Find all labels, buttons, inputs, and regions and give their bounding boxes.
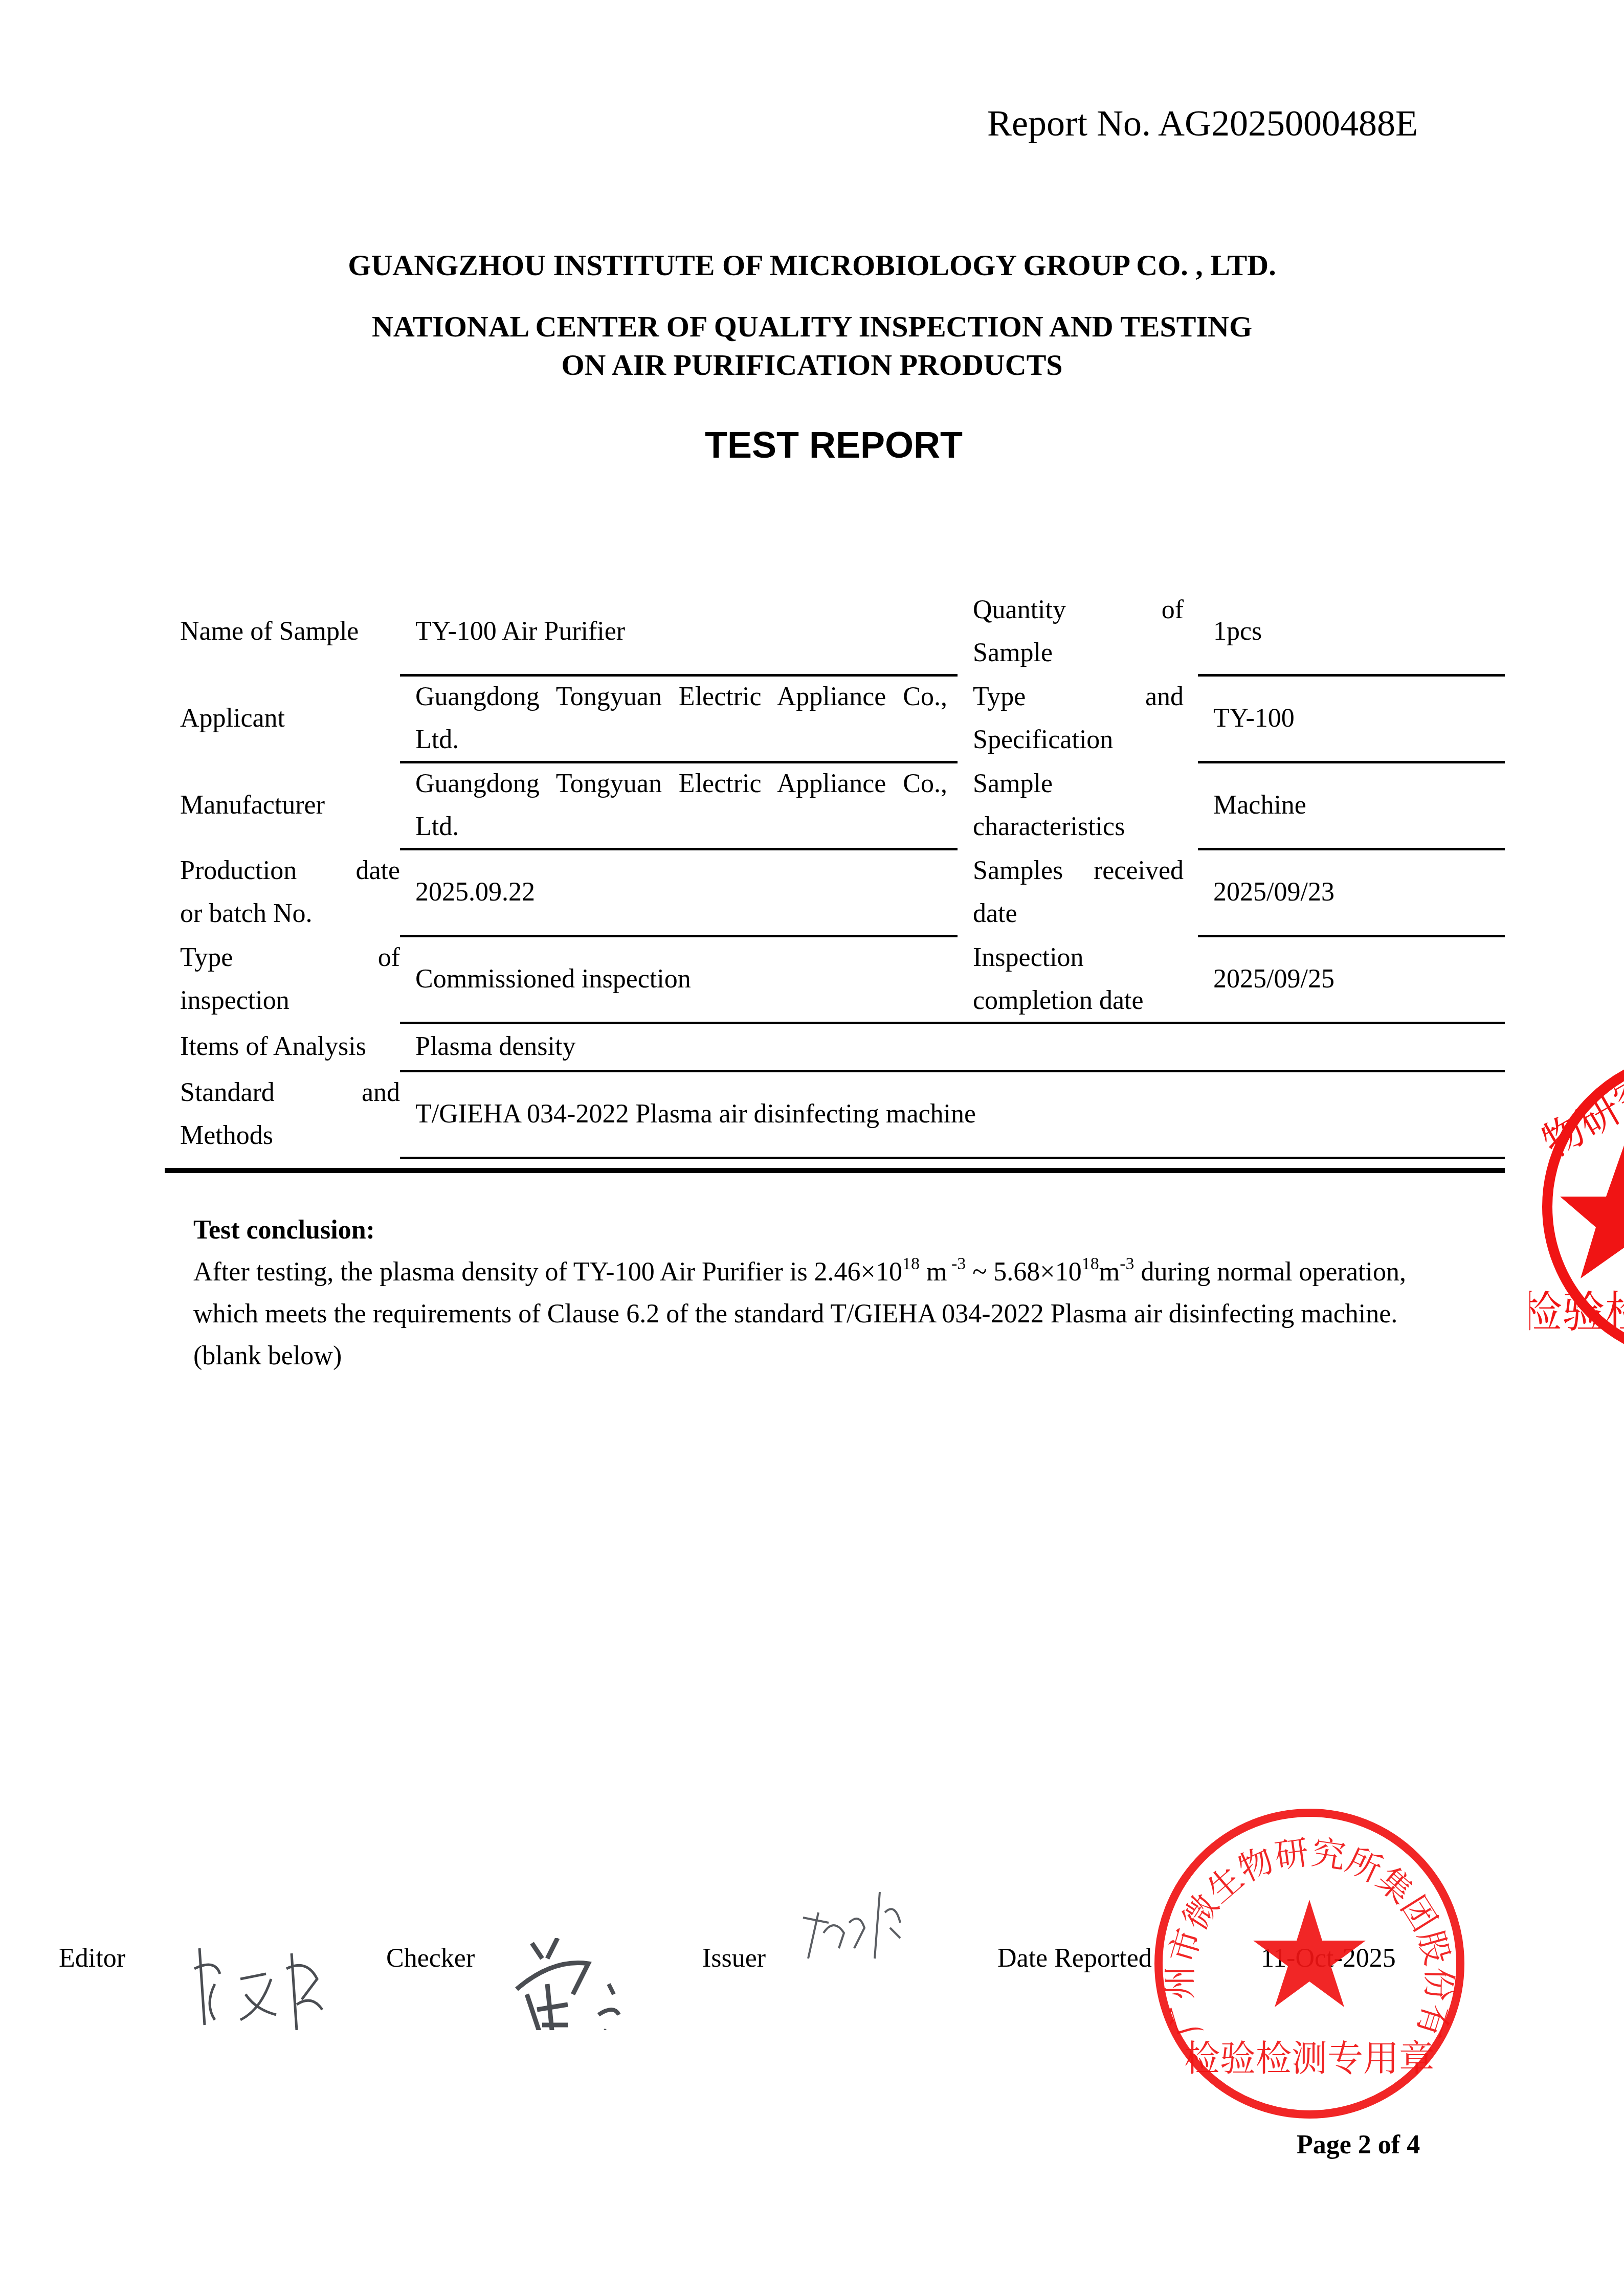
production-date-label: Productiondateor batch No.	[165, 849, 400, 936]
quantity-label: QuantityofSample	[958, 588, 1198, 675]
completion-date-label: Inspectioncompletion date	[958, 936, 1198, 1023]
conclusion-text: After testing, the plasma density of TY-…	[193, 1251, 1472, 1335]
type-of-inspection-value: Commissioned inspection	[400, 936, 958, 1023]
partial-seal-stamp: 物研究所 检验检测	[1529, 1043, 1624, 1370]
manufacturer-value: Guangdong Tongyuan Electric Appliance Co…	[400, 762, 958, 849]
report-number: Report No. AG2025000488E	[987, 102, 1418, 145]
center-name-line1: NATIONAL CENTER OF QUALITY INSPECTION AN…	[0, 309, 1624, 344]
editor-label: Editor	[59, 1943, 125, 1973]
center-name-line2: ON AIR PURIFICATION PRODUCTS	[0, 348, 1624, 382]
table-row: Applicant Guangdong Tongyuan Electric Ap…	[165, 675, 1505, 762]
completion-date-value: 2025/09/25	[1198, 936, 1505, 1023]
issuer-label: Issuer	[702, 1943, 766, 1973]
applicant-value: Guangdong Tongyuan Electric Appliance Co…	[400, 675, 958, 762]
stamp-bottom-text: 检验检测专用章	[1184, 2038, 1435, 2080]
items-of-analysis-label: Items of Analysis	[165, 1023, 400, 1071]
sample-characteristics-value: Machine	[1198, 762, 1505, 849]
sample-characteristics-label: Samplecharacteristics	[958, 762, 1198, 849]
quantity-value: 1pcs	[1198, 588, 1505, 675]
sample-info-table: Name of Sample TY-100 Air Purifier Quant…	[165, 588, 1505, 1158]
organization-name: GUANGZHOU INSTITUTE OF MICROBIOLOGY GROU…	[0, 248, 1624, 282]
samples-received-value: 2025/09/23	[1198, 849, 1505, 936]
table-bottom-rule	[165, 1168, 1505, 1173]
table-row: StandardandMethods T/GIEHA 034-2022 Plas…	[165, 1071, 1505, 1158]
samples-received-label: Samplesreceiveddate	[958, 849, 1198, 936]
checker-label: Checker	[386, 1943, 475, 1973]
date-reported-label: Date Reported	[997, 1943, 1152, 1973]
table-row: Items of Analysis Plasma density	[165, 1023, 1505, 1071]
stamp-partial-bottom-text: 检验检测	[1529, 1287, 1624, 1337]
type-of-inspection-label: Typeofinspection	[165, 936, 400, 1023]
test-conclusion: Test conclusion: After testing, the plas…	[193, 1209, 1472, 1377]
production-date-value: 2025.09.22	[400, 849, 958, 936]
divider	[400, 1157, 1505, 1159]
manufacturer-label: Manufacturer	[165, 762, 400, 849]
table-row: Manufacturer Guangdong Tongyuan Electric…	[165, 762, 1505, 849]
conclusion-heading: Test conclusion:	[193, 1209, 1472, 1251]
issuer-signature	[798, 1892, 931, 1974]
type-spec-value: TY-100	[1198, 675, 1505, 762]
editor-signature	[184, 1938, 338, 2030]
name-of-sample-value: TY-100 Air Purifier	[400, 588, 958, 675]
stamp-ring-text: 广州市微生物研究所集团股份有限公司	[1146, 1800, 1458, 2042]
table-row: Typeofinspection Commissioned inspection…	[165, 936, 1505, 1023]
name-of-sample-label: Name of Sample	[165, 588, 400, 675]
standard-methods-value: T/GIEHA 034-2022 Plasma air disinfecting…	[400, 1071, 1505, 1158]
date-reported-value: 11-Oct-2025	[1261, 1943, 1396, 1973]
page-number: Page 2 of 4	[1297, 2130, 1420, 2160]
standard-methods-label: StandardandMethods	[165, 1071, 400, 1158]
table-row: Name of Sample TY-100 Air Purifier Quant…	[165, 588, 1505, 675]
page-title: TEST REPORT	[0, 424, 1624, 466]
blank-below-note: (blank below)	[193, 1335, 1472, 1377]
table-row: Productiondateor batch No. 2025.09.22 Sa…	[165, 849, 1505, 936]
stamp-partial-ring-text: 物研究所	[1534, 1044, 1624, 1167]
type-spec-label: TypeandSpecification	[958, 675, 1198, 762]
items-of-analysis-value: Plasma density	[400, 1023, 1505, 1071]
checker-signature	[511, 1938, 665, 2030]
applicant-label: Applicant	[165, 675, 400, 762]
